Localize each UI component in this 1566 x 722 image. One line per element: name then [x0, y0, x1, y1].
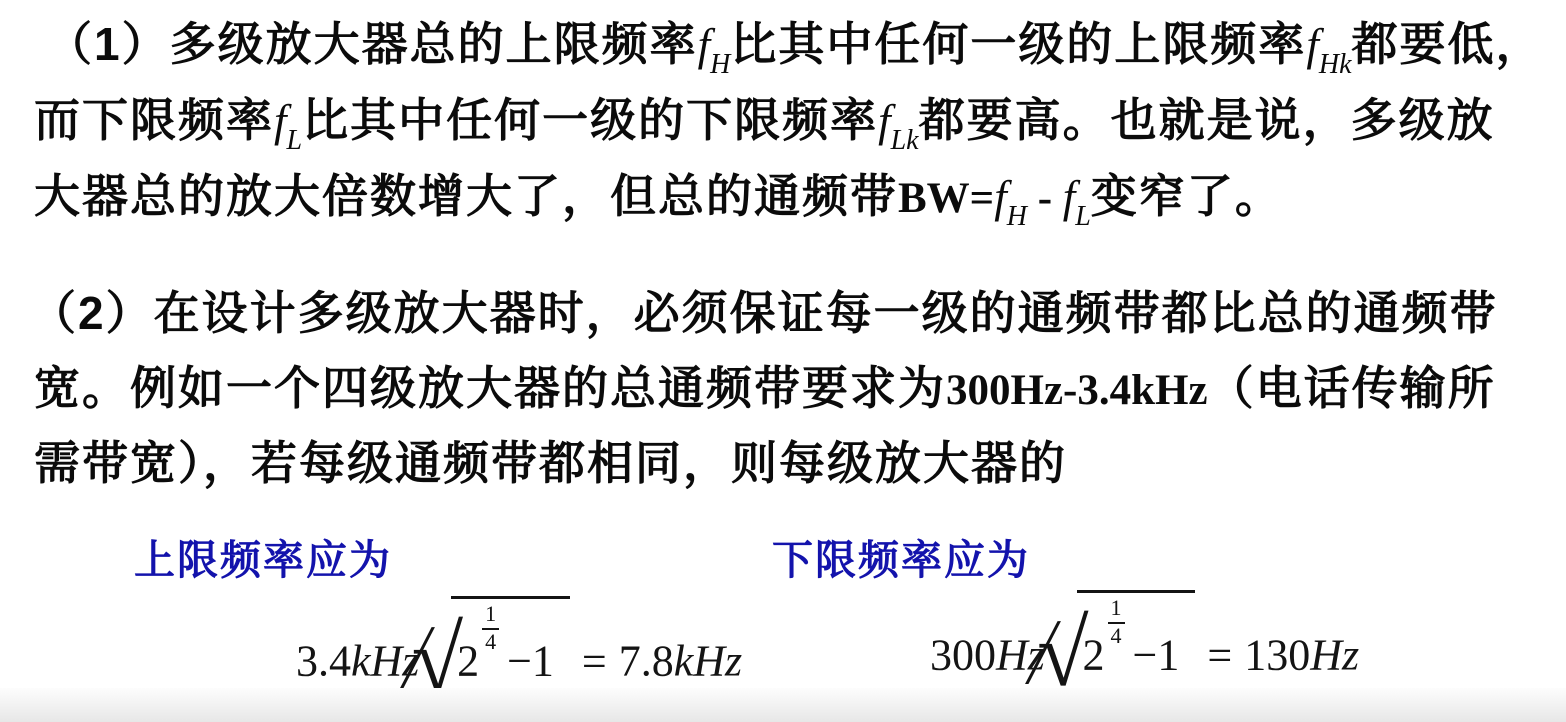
math-fL: fL — [1063, 172, 1091, 222]
text-segment: 比其中任何一级的上限频率 — [730, 18, 1306, 70]
math-fH: fH — [994, 172, 1027, 222]
math-subscript: Lk — [891, 125, 919, 156]
exponent-fraction: 14 — [482, 602, 499, 654]
formula-upper-limit: 3.4kHz∕√214−1=7.8kHz — [296, 596, 742, 698]
division-slash: ∕ — [1037, 614, 1049, 691]
paragraph2-line3: 需带宽），若每级通频带都相同，则每级放大器的 — [34, 433, 1067, 494]
text-segment: 而下限频率 — [34, 94, 274, 146]
formula-numerator: 3.4kHz — [296, 637, 419, 686]
minus-one-term: −1 — [507, 637, 554, 686]
heading-lower-limit: 下限频率应为 — [772, 527, 1030, 586]
square-root: √214−1 — [1037, 631, 1195, 680]
formula-result: 130Hz — [1244, 631, 1359, 680]
heading-upper-limit: 上限频率应为 — [134, 527, 392, 586]
paragraph2-line1: （2）在设计多级放大器时，必须保证每一级的通频带都比总的通频带 — [30, 283, 1498, 344]
frequency-range: 300Hz-3.4kHz — [946, 367, 1208, 414]
text-segment: （电话传输所 — [1208, 362, 1496, 414]
paragraph1-line1: （1）多级放大器总的上限频率fH比其中任何一级的上限频率fHk都要低， — [46, 14, 1544, 84]
math-fH: fH — [698, 20, 731, 70]
equals-sign: = — [582, 637, 607, 686]
math-subscript: Hk — [1319, 49, 1352, 80]
math-fL: fL — [274, 96, 302, 146]
division-slash: ∕ — [412, 620, 424, 697]
text-segment: 变窄了。 — [1091, 170, 1283, 222]
text-segment: 需带宽），若每级通频带都相同，则每级放大器的 — [34, 437, 1067, 489]
equals-sign: = — [1207, 631, 1232, 680]
math-subscript: L — [1075, 201, 1091, 232]
text-segment: （2）在设计多级放大器时，必须保证每一级的通频带都比总的通频带 — [30, 287, 1498, 339]
minus-one-term: −1 — [1133, 631, 1180, 680]
text-segment: 大器总的放大倍数增大了，但总的通频带 — [34, 170, 898, 222]
math-fLk: fLk — [878, 96, 919, 146]
text-segment: 都要高。也就是说，多级放 — [919, 94, 1495, 146]
square-root: √214−1 — [411, 637, 569, 686]
formula-result: 7.8kHz — [619, 637, 742, 686]
math-subscript: H — [710, 49, 730, 80]
slide: （1）多级放大器总的上限频率fH比其中任何一级的上限频率fHk都要低， 而下限频… — [0, 0, 1566, 722]
radicand: 214−1 — [451, 596, 570, 687]
math-fHk: fHk — [1306, 20, 1351, 70]
text-segment: （1）多级放大器总的上限频率 — [46, 18, 698, 70]
paragraph1-line2: 而下限频率fL比其中任何一级的下限频率fLk都要高。也就是说，多级放 — [34, 90, 1495, 160]
radicand: 214−1 — [1077, 590, 1196, 681]
exponent-fraction: 14 — [1108, 596, 1125, 648]
bottom-gradient-strip — [0, 688, 1566, 722]
text-segment: 都要低， — [1352, 18, 1544, 70]
math-subscript: L — [287, 125, 303, 156]
text-segment: 比其中任何一级的下限频率 — [302, 94, 878, 146]
paragraph2-line2: 宽。例如一个四级放大器的总通频带要求为300Hz-3.4kHz（电话传输所 — [34, 358, 1496, 420]
math-subscript: H — [1007, 201, 1027, 232]
text-segment: 宽。例如一个四级放大器的总通频带要求为 — [34, 362, 946, 414]
minus-sign: - — [1027, 175, 1063, 222]
formula-lower-limit: 300Hz∕√214−1=130Hz — [930, 590, 1359, 692]
bandwidth-label: BW= — [898, 175, 994, 222]
formula-numerator: 300Hz — [930, 631, 1045, 680]
paragraph1-line3: 大器总的放大倍数增大了，但总的通频带BW=fH - fL变窄了。 — [34, 166, 1283, 236]
